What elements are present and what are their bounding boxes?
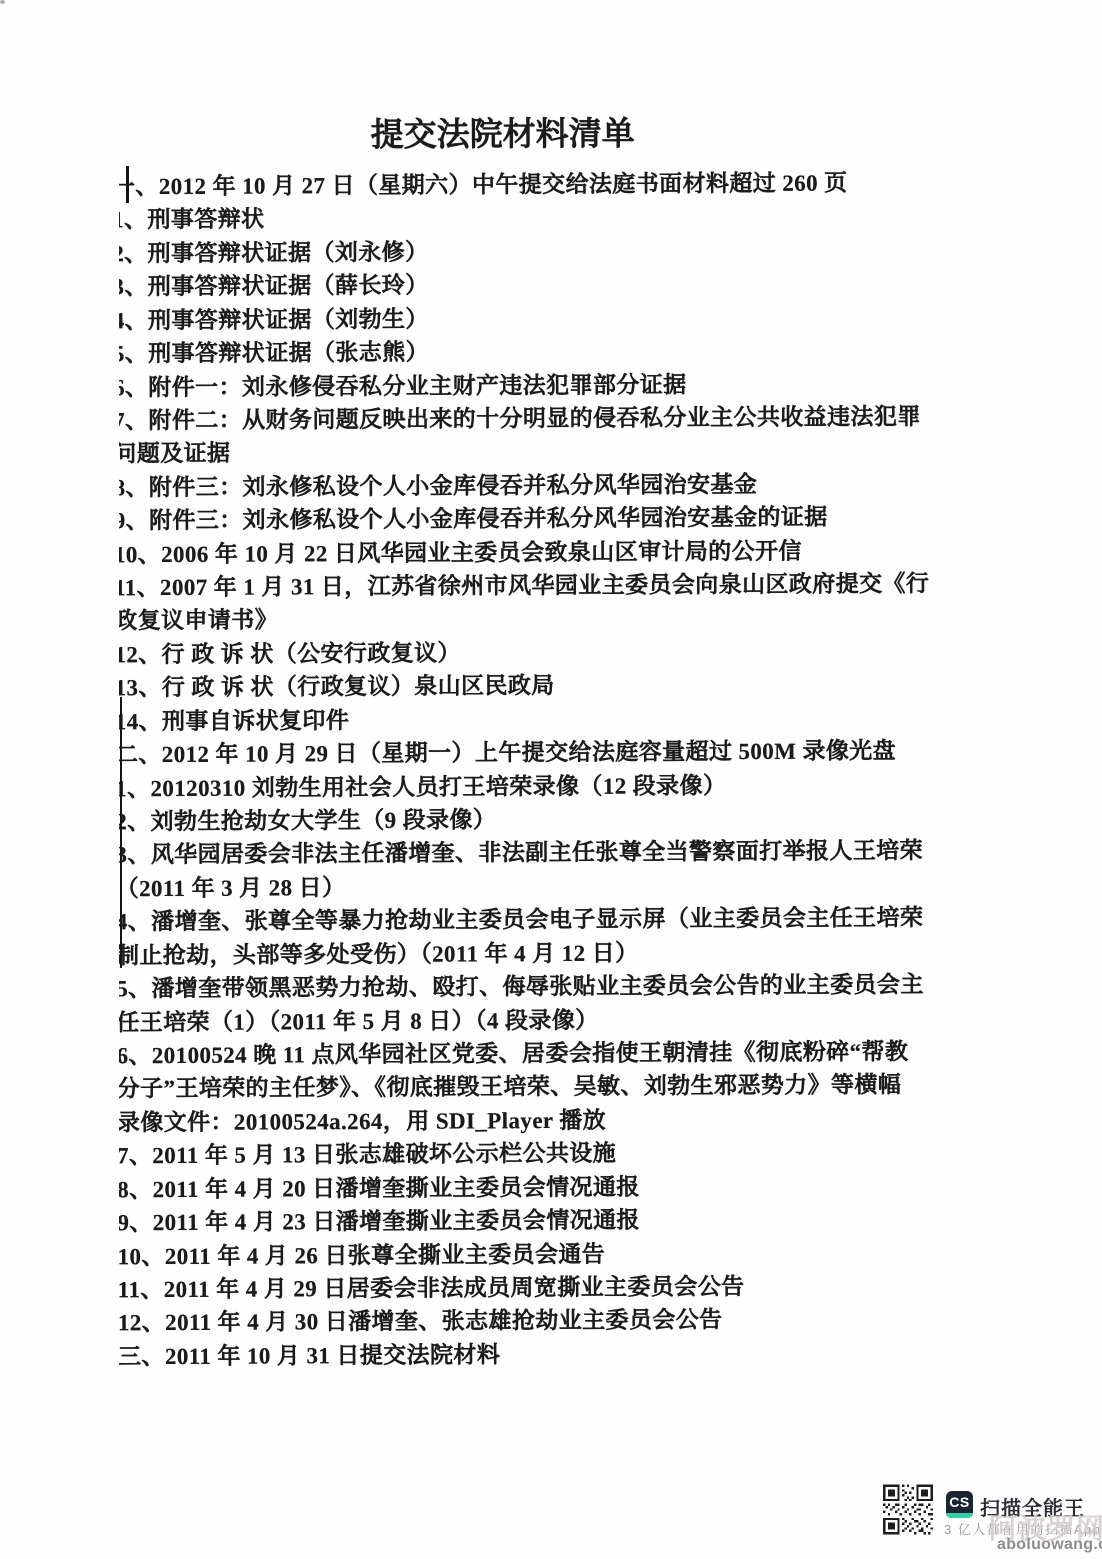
document-line: 7、2011 年 5 月 13 日张志雄破坏公示栏公共设施 [119,1135,932,1173]
scan-artifact-dot [0,0,5,4]
document-line: 3、刑事答辩状证据（薛长玲） [119,266,928,304]
document-line: 问题及证据 [119,433,929,471]
camscanner-logo-icon: CS [946,1491,973,1518]
document-line: 10、2006 年 10 月 22 日风华园业主委员会致泉山区审计局的公开信 [119,534,929,572]
document-line: 三、2011 年 10 月 31 日提交法院材料 [119,1336,933,1374]
document-line: 5、刑事答辩状证据（张志熊） [119,333,928,371]
scan-artifact-line-long [120,697,122,968]
document-line: 14、刑事自诉状复印件 [119,701,930,739]
court-materials-document: 提交法院材料清单 一、2012 年 10 月 27 日（星期六）中午提交给法庭书… [119,0,1102,1455]
document-line: 分子”王培荣的主任梦》、《彻底摧毁王培荣、吴敏、刘勃生邪恶势力》等横幅 [119,1068,932,1106]
document-line: 2、刑事答辩状证据（刘永修） [119,233,928,271]
document-line: 2、刘勃生抢劫女大学生（9 段录像） [119,801,931,839]
scan-clip-region: 提交法院材料清单 一、2012 年 10 月 27 日（星期六）中午提交给法庭书… [119,0,1102,1455]
document-line: 4、潘增奎、张尊全等暴力抢劫业主委员会电子显示屏（业主委员会主任王培荣 [119,901,931,939]
document-line: 5、潘增奎带领黑恶势力抢劫、殴打、侮辱张贴业主委员会公告的业主委员会主 [119,968,931,1006]
document-line: 9、附件三：刘永修私设个人小金库侵吞并私分风华园治安基金的证据 [119,500,929,538]
document-line: 一、2012 年 10 月 27 日（星期六）中午提交给法庭书面材料超过 260… [119,166,927,204]
page-title: 提交法院材料清单 [119,106,1009,158]
document-line: 12、行 政 诉 状（公安行政复议） [119,634,930,672]
document-line: 9、2011 年 4 月 23 日潘增奎撕业主委员会情况通报 [119,1202,933,1240]
document-line: 4、刑事答辩状证据（刘勃生） [119,300,928,338]
document-line: 录像文件：20100524a.264，用 SDI_Player 播放 [119,1102,932,1140]
document-line: 6、20100524 晚 11 点风华园社区党委、居委会指使王朝清挂《彻底粉碎“… [119,1035,932,1073]
document-line: 11、2007 年 1 月 31 日，江苏省徐州市风华园业主委员会向泉山区政府提… [119,567,929,605]
document-line: 3、风华园居委会非法主任潘增奎、非法副主任张尊全当警察面打举报人王培荣 [119,834,931,872]
document-line: 12、2011 年 4 月 30 日潘增奎、张志雄抢劫业主委员会公告 [119,1302,933,1340]
document-line: 7、附件二：从财务问题反映出来的十分明显的侵吞私分业主公共收益违法犯罪 [119,400,928,438]
camscanner-logo-text: CS [946,1491,973,1513]
document-line: 13、行 政 诉 状（行政复议）泉山区民政局 [119,667,930,705]
document-line: 8、2011 年 4 月 20 日潘增奎撕业主委员会情况通报 [119,1169,933,1207]
document-line: 1、20120310 刘勃生用社会人员打王培荣录像（12 段录像） [119,768,930,806]
scan-artifact-line-short [126,166,129,203]
document-line: 任王培荣（1）（2011 年 5 月 8 日）（4 段录像） [119,1002,932,1040]
document-lines: 一、2012 年 10 月 27 日（星期六）中午提交给法庭书面材料超过 260… [119,166,933,1373]
scanned-document-page: 提交法院材料清单 一、2012 年 10 月 27 日（星期六）中午提交给法庭书… [0,0,1102,1559]
watermark-site-url: aboluowang.com [997,1536,1102,1554]
qr-code-icon [883,1483,933,1536]
document-line: 政复议申请书》 [119,600,930,638]
document-line: 10、2011 年 4 月 26 日张尊全撕业主委员会通告 [119,1236,933,1274]
document-line: 8、附件三：刘永修私设个人小金库侵吞并私分风华园治安基金 [119,467,929,505]
document-line: 1、刑事答辩状 [119,199,927,237]
camscanner-logo-accent-bar [946,1513,973,1518]
document-line: 11、2011 年 4 月 29 日居委会非法成员周宽撕业主委员会公告 [119,1269,933,1307]
document-line: （2011 年 3 月 28 日） [119,868,931,906]
document-line: 6、附件一：刘永修侵吞私分业主财产违法犯罪部分证据 [119,367,928,405]
document-line: 二、2012 年 10 月 29 日（星期一）上午提交给法庭容量超过 500M … [119,734,930,772]
document-line: 制止抢劫，头部等多处受伤）（2011 年 4 月 12 日） [119,935,931,973]
